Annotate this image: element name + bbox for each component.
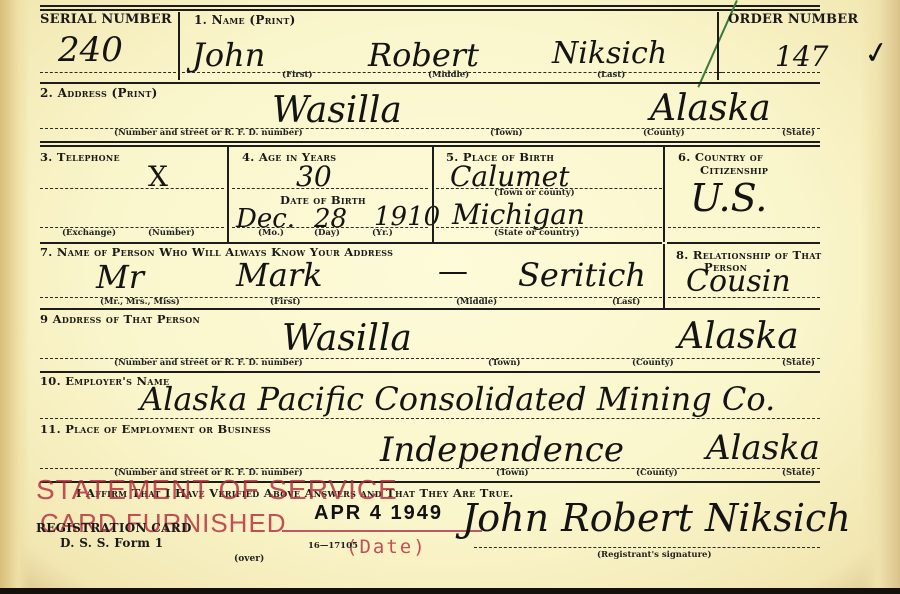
- county-caption: (County): [643, 128, 685, 138]
- phone-dash: [40, 188, 224, 189]
- citizenship-value: U.S.: [690, 176, 767, 220]
- employer-dash: [40, 418, 820, 419]
- state-caption: (State): [782, 468, 815, 478]
- county-caption: (County): [636, 468, 678, 478]
- citizenship-dash: [668, 227, 820, 228]
- first-caption: (First): [270, 297, 301, 307]
- citizenship-label-2: Citizenship: [700, 163, 768, 177]
- address-town-value: Wasilla: [272, 90, 402, 131]
- address-label: 2. Address (Print): [40, 86, 158, 100]
- middle-caption: (Middle): [428, 70, 469, 80]
- serial-dash: [40, 72, 176, 73]
- name-last-value: Niksich: [552, 36, 667, 71]
- row-rule: [40, 371, 820, 373]
- row-rule: [40, 308, 820, 310]
- stamp-date-line: [282, 530, 482, 532]
- contact-address-label: 9 Address of That Person: [40, 312, 200, 326]
- town-caption: (Town): [490, 128, 523, 138]
- telephone-label: 3. Telephone: [40, 150, 120, 164]
- contact-last-value: Seritich: [518, 256, 646, 294]
- divider: [178, 12, 180, 80]
- card-shadow: [0, 588, 900, 594]
- contact-title-value: Mr: [96, 258, 144, 296]
- name-middle-value: Robert: [368, 36, 479, 74]
- contact-address-town-value: Wasilla: [282, 318, 412, 359]
- contact-person-label: 7. Name of Person Who Will Always Know Y…: [40, 245, 393, 259]
- top-rule: [40, 5, 820, 7]
- registrant-signature: John Robert Niksich: [462, 496, 851, 540]
- divider: [663, 146, 665, 242]
- contact-first-value: Mark: [236, 256, 323, 294]
- paper-edge-left: [0, 0, 30, 588]
- age-dash: [232, 188, 428, 189]
- middle-caption: (Middle): [456, 297, 497, 307]
- signature-caption: (Registrant's signature): [597, 550, 711, 560]
- number-caption: (Number): [148, 228, 195, 238]
- town-caption: (Town): [488, 358, 521, 368]
- title-caption: (Mr., Mrs., Miss): [100, 297, 180, 307]
- last-caption: (Last): [612, 297, 640, 307]
- last-caption: (Last): [597, 70, 625, 80]
- exchange-caption: (Exchange): [62, 228, 116, 238]
- affirmation-date: APR 4 1949: [314, 502, 443, 525]
- relationship-label: 8. Relationship of That: [676, 248, 822, 262]
- relationship-dash: [668, 297, 820, 298]
- yr-caption: (Yr.): [372, 228, 393, 238]
- name-first-value: John: [192, 36, 265, 74]
- order-number-value: 147: [775, 40, 828, 73]
- form-id: D. S. S. Form 1: [60, 536, 163, 550]
- contact-address-state-value: Alaska: [678, 316, 799, 357]
- paper-edge-right: [860, 0, 900, 588]
- day-caption: (Day): [314, 228, 340, 238]
- top-rule: [40, 9, 820, 11]
- over-note: (over): [234, 554, 264, 564]
- first-caption: (First): [282, 70, 313, 80]
- employment-state-value: Alaska: [706, 428, 820, 468]
- address-state-value: Alaska: [650, 88, 771, 129]
- stamp-date-caption: (Date): [346, 536, 427, 558]
- citizenship-label: 6. Country of: [678, 150, 763, 164]
- divider: [717, 12, 719, 80]
- form-title: REGISTRATION CARD: [36, 521, 192, 535]
- row-rule: [40, 145, 820, 147]
- serial-number-label: SERIAL NUMBER: [40, 12, 172, 27]
- state-caption: (State): [782, 358, 815, 368]
- row-rule: [667, 242, 820, 244]
- signature-dash: [474, 547, 820, 548]
- state-caption: (State): [782, 128, 815, 138]
- mo-caption: (Mo.): [258, 228, 284, 238]
- row-rule: [40, 82, 820, 84]
- employment-place-label: 11. Place of Employment or Business: [40, 422, 271, 436]
- employer-value: Alaska Pacific Consolidated Mining Co.: [140, 380, 775, 418]
- state-country-caption: (State or country): [494, 228, 580, 238]
- county-caption: (County): [632, 358, 674, 368]
- row-rule: [40, 242, 662, 244]
- registration-card: SERIAL NUMBER 240 1. Name (Print) John R…: [0, 0, 900, 588]
- order-dash: [722, 72, 820, 73]
- name-label: 1. Name (Print): [194, 13, 296, 27]
- print-code: 16—17105: [308, 541, 358, 551]
- town-caption: (Town): [496, 468, 529, 478]
- contact-middle-value: —: [438, 254, 468, 289]
- row-rule: [40, 141, 820, 143]
- divider: [663, 244, 665, 308]
- serial-number-value: 240: [58, 30, 123, 70]
- street-caption: (Number and street or R. F. D. number): [114, 358, 303, 368]
- order-number-label: ORDER NUMBER: [728, 12, 858, 27]
- relationship-value: Cousin: [686, 264, 791, 299]
- employment-town-value: Independence: [380, 430, 624, 470]
- divider: [227, 146, 229, 242]
- street-caption: (Number and street or R. F. D. number): [114, 128, 303, 138]
- town-county-caption: (Town or county): [494, 188, 575, 198]
- divider: [432, 146, 434, 242]
